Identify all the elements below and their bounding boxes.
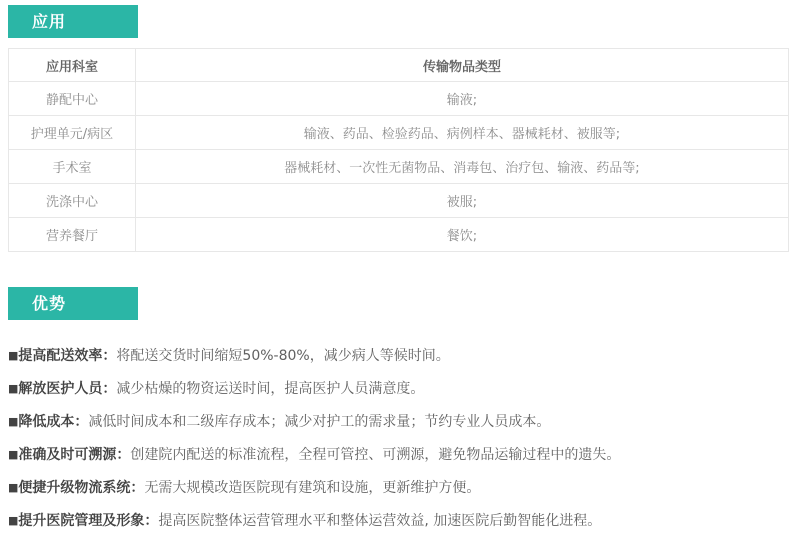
bullet-text: 提高医院整体运营管理水平和整体运营效益, 加速医院后勤智能化进程。 [158,513,601,529]
page-content: 应用 应用科室 传输物品类型 静配中心 输液; 护理单元/病区 输液、药品、检验… [0,0,806,531]
bullet-text: 减低时间成本和二级库存成本；减少对护工的需求量；节约专业人员成本。 [88,414,550,430]
items-cell: 器械耗材、一次性无菌物品、消毒包、治疗包、输液、药品等; [136,150,789,184]
application-section-badge: 应用 [8,5,138,38]
advantages-section: 优势 ■提高配送效率：将配送交货时间缩短50%-80%，减少病人等候时间。 ■解… [8,287,797,531]
list-item: ■提高配送效率：将配送交货时间缩短50%-80%，减少病人等候时间。 [8,346,797,366]
table-row: 手术室 器械耗材、一次性无菌物品、消毒包、治疗包、输液、药品等; [9,150,789,184]
square-bullet-icon: ■ [8,448,18,461]
bullet-label: 提高配送效率： [18,348,116,364]
column-header-item-types: 传输物品类型 [136,49,789,82]
advantages-section-badge: 优势 [8,287,138,320]
department-cell: 营养餐厅 [9,218,136,252]
table-row: 洗涤中心 被服; [9,184,789,218]
department-cell: 静配中心 [9,82,136,116]
list-item: ■提升医院管理及形象：提高医院整体运营管理水平和整体运营效益, 加速医院后勤智能… [8,511,797,531]
table-row: 护理单元/病区 输液、药品、检验药品、病例样本、器械耗材、被服等; [9,116,789,150]
bullet-text: 将配送交货时间缩短50%-80%，减少病人等候时间。 [116,348,449,364]
list-item: ■降低成本：减低时间成本和二级库存成本；减少对护工的需求量；节约专业人员成本。 [8,412,797,432]
bullet-label: 便捷升级物流系统： [18,480,144,496]
application-table: 应用科室 传输物品类型 静配中心 输液; 护理单元/病区 输液、药品、检验药品、… [8,48,789,252]
bullet-label: 解放医护人员： [18,381,116,397]
items-cell: 输液、药品、检验药品、病例样本、器械耗材、被服等; [136,116,789,150]
department-cell: 手术室 [9,150,136,184]
advantages-bullet-list: ■提高配送效率：将配送交货时间缩短50%-80%，减少病人等候时间。 ■解放医护… [8,346,797,531]
square-bullet-icon: ■ [8,481,18,494]
bullet-text: 创建院内配送的标准流程，全程可管控、可溯源，避免物品运输过程中的遗失。 [130,447,620,463]
items-cell: 被服; [136,184,789,218]
items-cell: 餐饮; [136,218,789,252]
table-header-row: 应用科室 传输物品类型 [9,49,789,82]
square-bullet-icon: ■ [8,349,18,362]
bullet-text: 无需大规模改造医院现有建筑和设施，更新维护方便。 [144,480,480,496]
bullet-label: 准确及时可溯源： [18,447,130,463]
list-item: ■解放医护人员：减少枯燥的物资运送时间，提高医护人员满意度。 [8,379,797,399]
column-header-department: 应用科室 [9,49,136,82]
bullet-text: 减少枯燥的物资运送时间，提高医护人员满意度。 [116,381,424,397]
department-cell: 洗涤中心 [9,184,136,218]
square-bullet-icon: ■ [8,514,18,527]
list-item: ■准确及时可溯源：创建院内配送的标准流程，全程可管控、可溯源，避免物品运输过程中… [8,445,797,465]
table-row: 营养餐厅 餐饮; [9,218,789,252]
bullet-label: 降低成本： [18,414,88,430]
square-bullet-icon: ■ [8,415,18,428]
items-cell: 输液; [136,82,789,116]
table-row: 静配中心 输液; [9,82,789,116]
department-cell: 护理单元/病区 [9,116,136,150]
list-item: ■便捷升级物流系统：无需大规模改造医院现有建筑和设施，更新维护方便。 [8,478,797,498]
square-bullet-icon: ■ [8,382,18,395]
bullet-label: 提升医院管理及形象： [18,513,158,529]
application-section: 应用 应用科室 传输物品类型 静配中心 输液; 护理单元/病区 输液、药品、检验… [8,5,797,252]
